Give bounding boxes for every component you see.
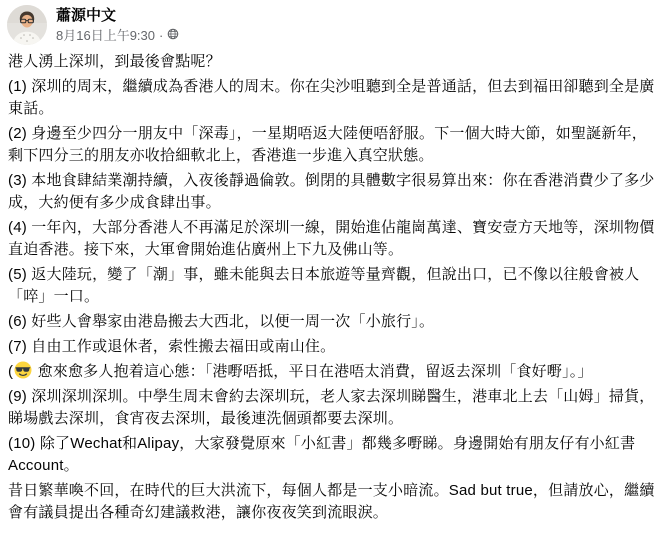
- post-paragraph: (1) 深圳的周末，繼續成為香港人的周末。你在尖沙咀聽到全是普通話，但去到福田卻…: [8, 76, 660, 120]
- post-paragraph: (9) 深圳深圳深圳。中學生周末會約去深圳玩，老人家去深圳睇醫生，港車北上去「山…: [8, 386, 660, 430]
- paragraph-text: 愈來愈多人抱着這心態：「港嘢唔抵，平日在港唔太消費，留返去深圳「食好嘢」。」: [33, 363, 592, 380]
- post-timestamp[interactable]: 8月16日上午9:30: [56, 27, 155, 45]
- paragraph-prefix: (: [8, 363, 13, 380]
- post-paragraph: (4) 一年內，大部分香港人不再滿足於深圳一線，開始進佔龍崗萬達、寶安壹方天地等…: [8, 217, 660, 261]
- meta-separator: ·: [159, 27, 163, 45]
- post-paragraph: (6) 好些人會舉家由港島搬去大西北，以便一周一次「小旅行」。: [8, 311, 660, 333]
- post-paragraph: (2) 身邊至少四分一朋友中「深毒」，一星期唔返大陸便唔舒服。下一個大時大節，如…: [8, 123, 660, 167]
- post-paragraph: (10) 除了Wechat和Alipay，大家發覺原來「小紅書」都幾多嘢睇。身邊…: [8, 433, 660, 477]
- post-paragraph: (3) 本地食肆結業潮持續，入夜後靜過倫敦。倒閉的具體數字很易算出來：你在香港消…: [8, 170, 660, 214]
- avatar-photo-icon: [7, 5, 47, 45]
- post-paragraph: (5) 返大陸玩，變了「潮」事，雖未能與去日本旅遊等量齊觀，但說出口，已不像以往…: [8, 264, 660, 308]
- author-name-link[interactable]: 蕭源中文: [56, 6, 179, 26]
- post-paragraph-emoji: ( 愈來愈多人抱着這心態：「港嘢唔抵，平日在港唔太消費，留返去深圳「食好嘢」。」: [8, 361, 660, 383]
- post-paragraph: (7) 自由工作或退休者，索性搬去福田或南山住。: [8, 336, 660, 358]
- post-meta-row[interactable]: 8月16日上午9:30 ·: [56, 26, 179, 45]
- post-paragraph: 昔日繁華喚不回，在時代的巨大洪流下，每個人都是一支小暗流。Sad but tru…: [8, 480, 660, 524]
- sunglasses-emoji: [14, 361, 32, 379]
- globe-icon: [167, 27, 179, 45]
- post-body: 港人湧上深圳，到最後會點呢？ (1) 深圳的周末，繼續成為香港人的周末。你在尖沙…: [0, 47, 668, 524]
- header-info: 蕭源中文 8月16日上午9:30 ·: [56, 5, 179, 45]
- profile-avatar[interactable]: [7, 5, 47, 45]
- post-paragraph: 港人湧上深圳，到最後會點呢？: [8, 51, 660, 73]
- post-header: 蕭源中文 8月16日上午9:30 ·: [0, 0, 668, 47]
- facebook-post-card: 蕭源中文 8月16日上午9:30 · 港人湧上深圳，到最後會點呢？ (1) 深圳…: [0, 0, 668, 539]
